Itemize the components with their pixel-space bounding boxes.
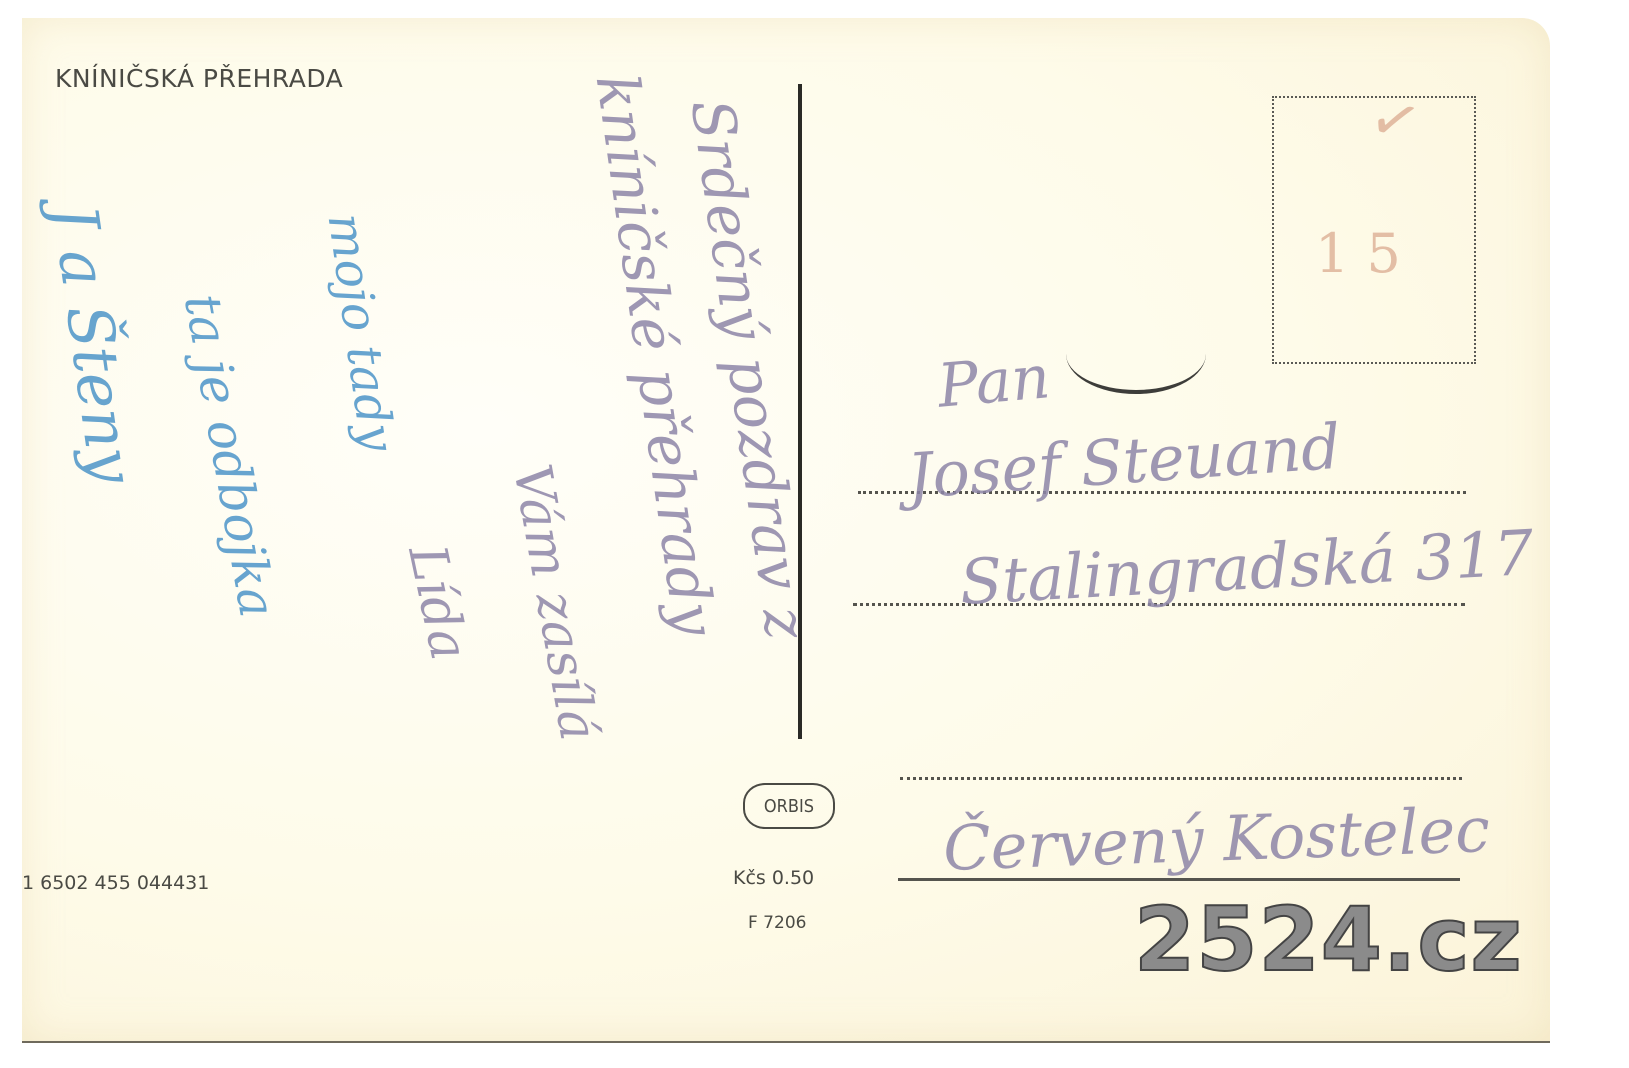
postcard-title: KNÍNIČSKÁ PŘEHRADA <box>55 64 343 93</box>
watermark: 2524.cz <box>1134 888 1523 991</box>
center-divider <box>798 84 802 739</box>
publisher-logo: ORBIS <box>743 783 835 829</box>
address-salutation: Pan <box>935 342 1053 422</box>
price-label: Kčs 0.50 <box>733 867 814 889</box>
print-code: F 7206 <box>748 913 806 933</box>
serial-number: 1 6502 455 044431 <box>22 872 209 894</box>
address-line-3 <box>900 777 1462 780</box>
stamp-mark-number: 1 5 <box>1315 222 1401 285</box>
